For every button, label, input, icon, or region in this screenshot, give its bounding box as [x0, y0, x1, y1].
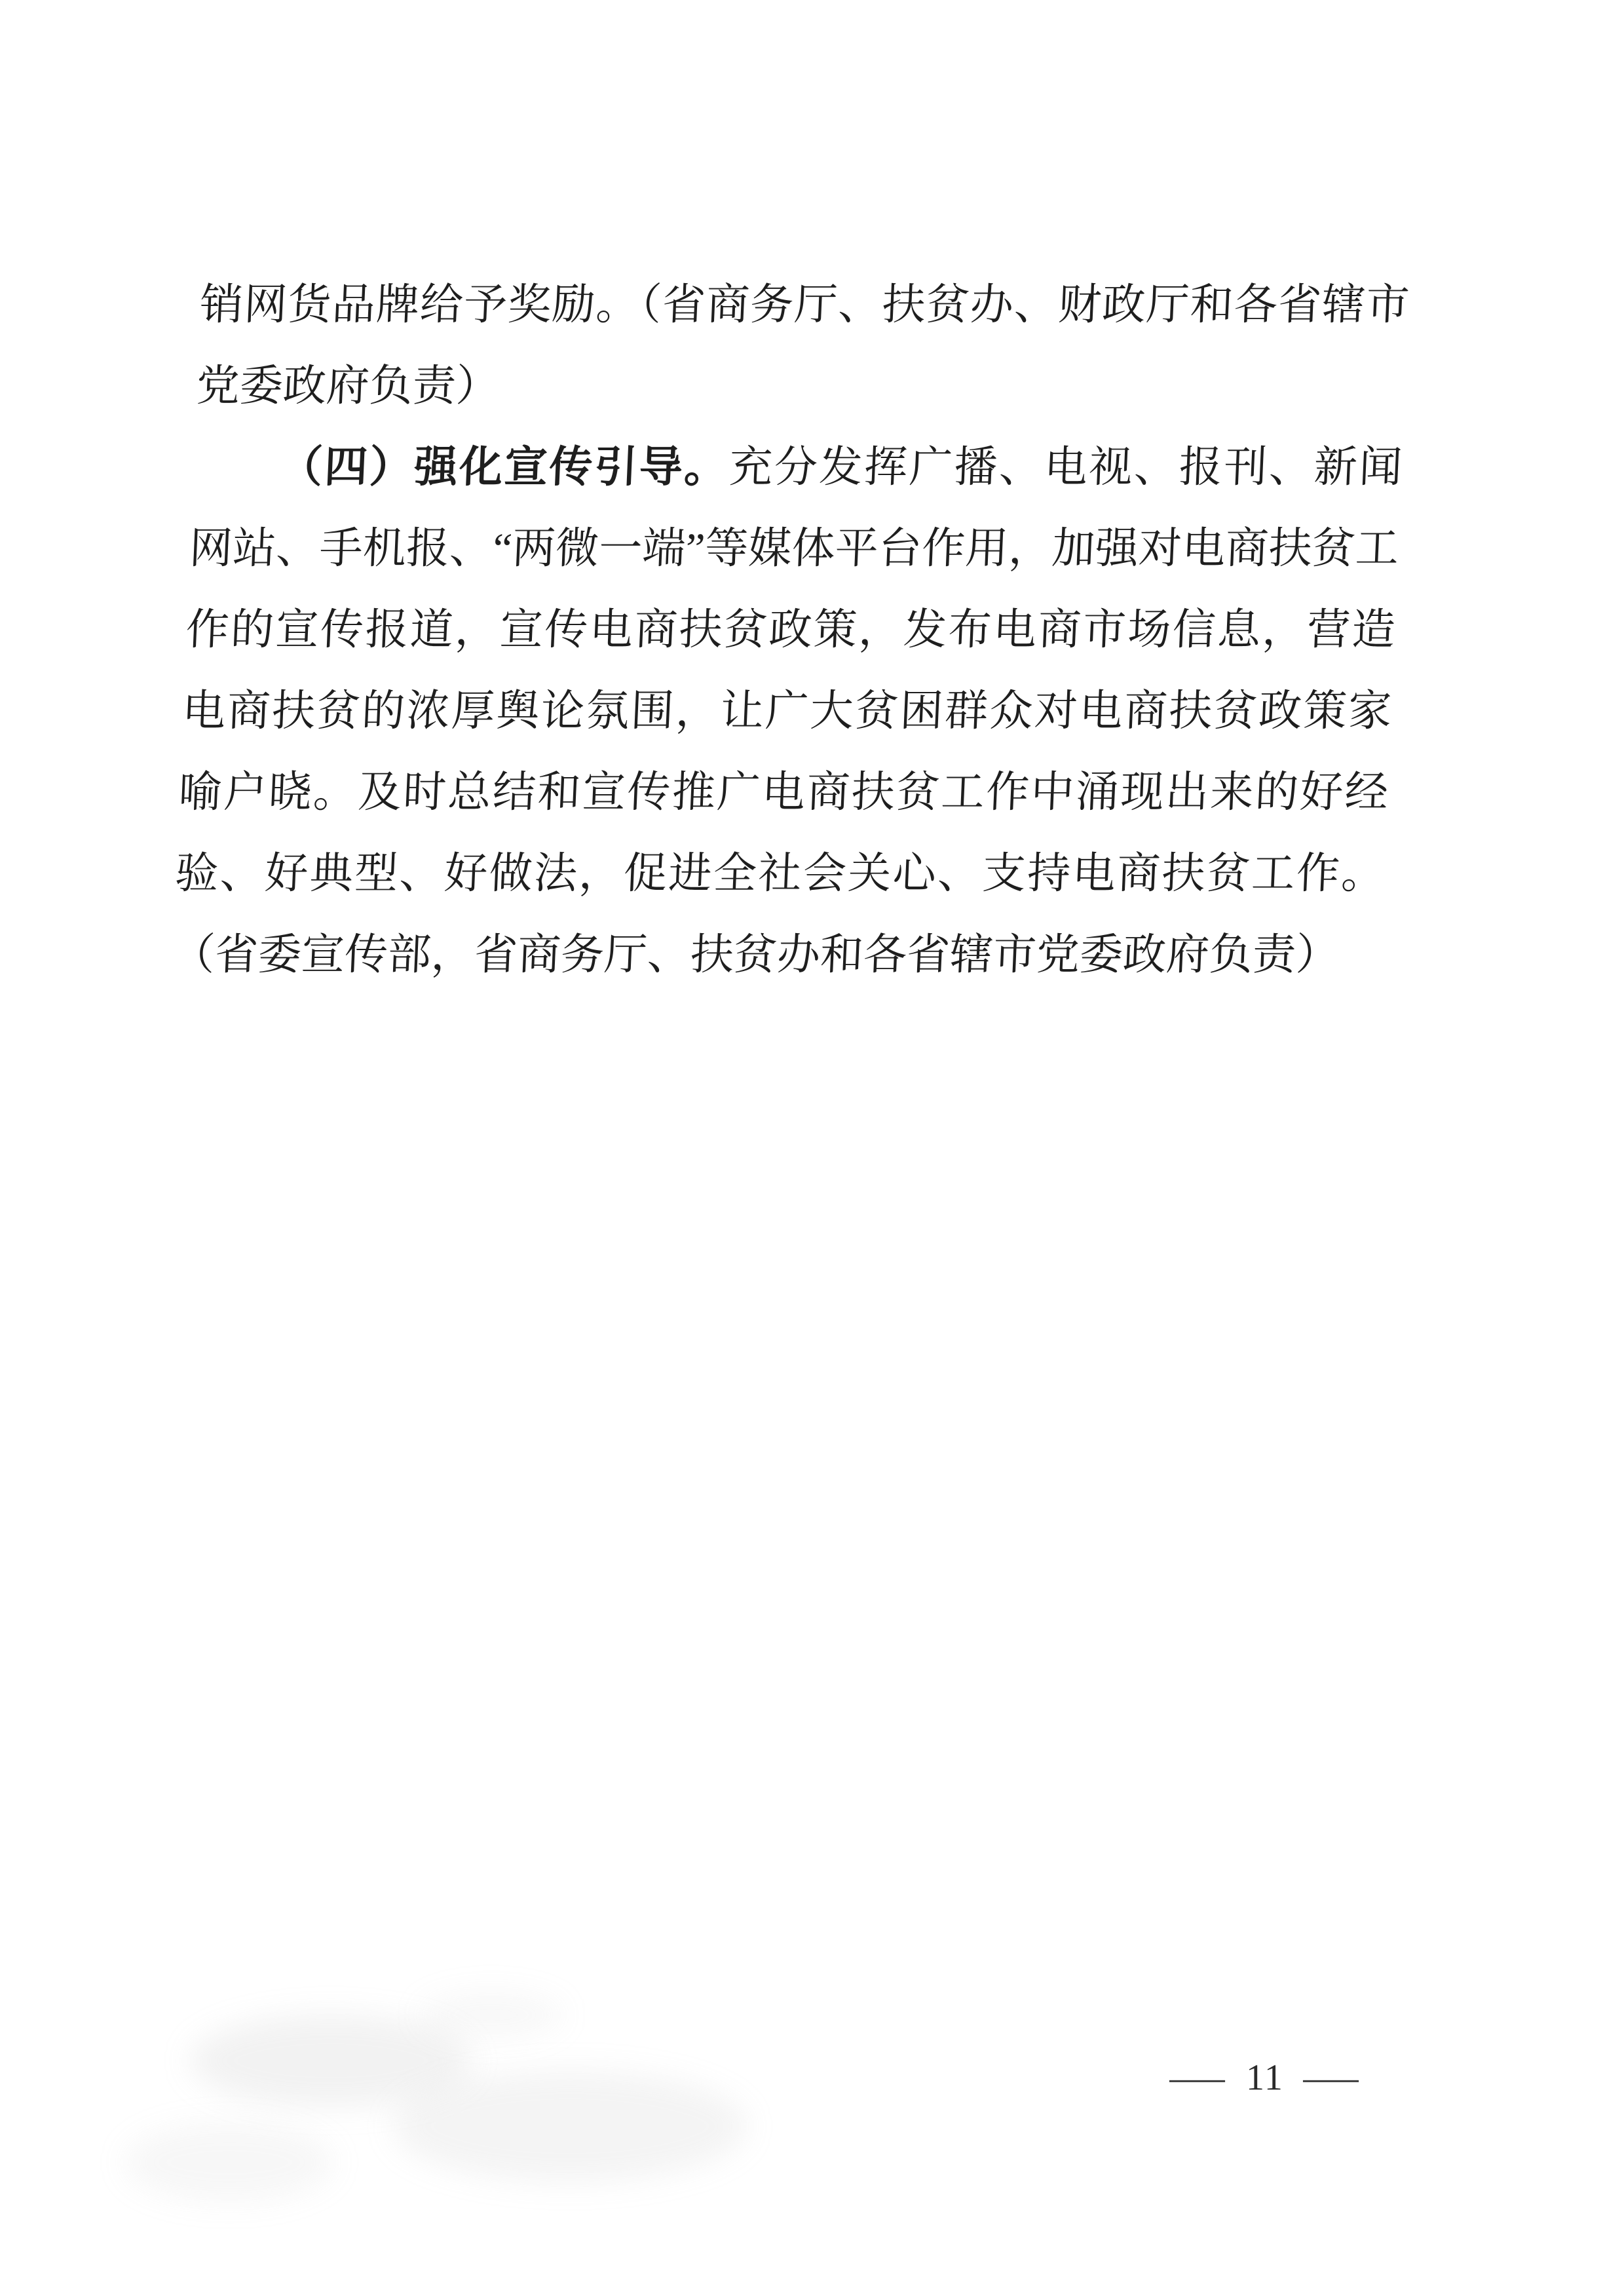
page-number-dash-right: —: [1303, 2055, 1360, 2101]
scan-smudge-artifact: [124, 2123, 334, 2202]
section-body-text: 充分发挥广播、电视、报刊、新闻网站、手机报、“两微一端”等媒体平台作用，加强对电…: [170, 444, 1403, 979]
scan-smudge-artifact: [393, 2071, 747, 2182]
scan-smudge-artifact: [190, 2015, 472, 2107]
scan-smudge-artifact: [419, 1992, 563, 2038]
paragraph-section-4: （四）强化宣传引导。充分发挥广播、电视、报刊、新闻网站、手机报、“两微一端”等媒…: [170, 427, 1404, 996]
page-number-dash-left: —: [1170, 2055, 1227, 2101]
document-body-text: 销网货品牌给予奖励。（省商务厅、扶贫办、财政厅和各省辖市党委政府负责） （四）强…: [170, 265, 1411, 996]
page-number-footer: —11—: [1179, 2055, 1351, 2101]
page-number: 11: [1246, 2055, 1284, 2101]
scanned-document-page: 销网货品牌给予奖励。（省商务厅、扶贫办、财政厅和各省辖市党委政府负责） （四）强…: [0, 0, 1624, 2296]
paragraph-continuation: 销网货品牌给予奖励。（省商务厅、扶贫办、财政厅和各省辖市党委政府负责）: [195, 265, 1411, 427]
section-heading-inline: （四）强化宣传引导。: [278, 444, 730, 491]
